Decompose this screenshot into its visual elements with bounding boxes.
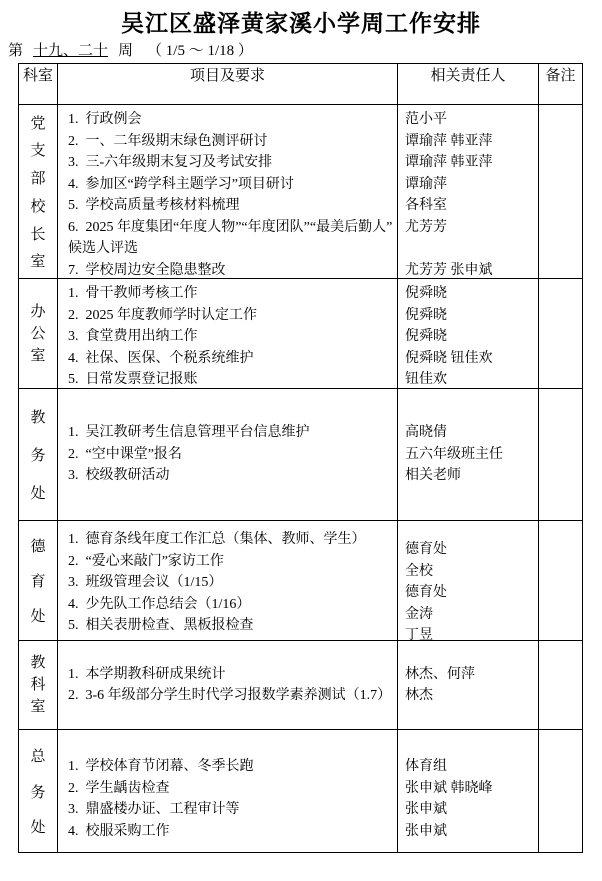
note-cell [539, 389, 583, 521]
table-row: 办公室1. 骨干教师考核工作2. 2025 年度教师学时认定工作3. 食堂费用出… [19, 279, 583, 389]
responsible-person: 谭瑜萍 韩亚萍 [398, 152, 538, 174]
responsible-person: 尤芳芳 [398, 217, 538, 239]
items-cell: 1. 行政例会2. 一、二年级期末绿色测评研讨3. 三-六年级期末复习及考试安排… [58, 105, 398, 279]
items-cell: 1. 德育条线年度工作汇总（集体、教师、学生）2. “爱心来敲门”家访工作3. … [58, 521, 398, 641]
department-label: 德育处 [19, 521, 57, 640]
responsible-person: 相关老师 [398, 465, 538, 487]
department-char: 室 [30, 345, 45, 367]
responsible-person: 全校 [398, 561, 538, 583]
department-char: 教 [30, 406, 45, 427]
schedule-table: 科室 项目及要求 相关责任人 备注 党支部校长室1. 行政例会2. 一、二年级期… [18, 63, 583, 853]
note-cell [539, 730, 583, 853]
department-char: 室 [30, 696, 45, 718]
task-item: 3. 三-六年级期末复习及考试安排 [58, 152, 397, 174]
department-char: 部 [30, 167, 45, 188]
task-item: 5. 学校高质量考核材料梳理 [58, 195, 397, 217]
responsible-person: 倪舜晓 [398, 305, 538, 327]
week-suffix: 周 [118, 43, 133, 59]
task-item: 3. 食堂费用出纳工作 [58, 326, 397, 348]
page-title: 吴江区盛泽黄家溪小学周工作安排 [0, 10, 602, 36]
department-char: 长 [30, 223, 45, 244]
header-department: 科室 [19, 64, 58, 105]
task-item: 2. 学生龋齿检查 [58, 778, 397, 800]
note-cell [539, 521, 583, 641]
department-char: 总 [30, 745, 45, 766]
responsible-person [398, 238, 538, 260]
task-item: 6. 2025 年度集团“年度人物”“年度团队”“最美后勤人” [58, 217, 397, 239]
department-char: 校 [30, 195, 45, 216]
task-item: 4. 校服采购工作 [58, 821, 397, 843]
department-cell: 总务处 [19, 730, 58, 853]
table-row: 教科室1. 本学期教科研成果统计2. 3-6 年级部分学生时代学习报数学素养测试… [19, 641, 583, 730]
responsible-person: 谭瑜萍 韩亚萍 [398, 131, 538, 153]
persons-cell: 倪舜晓倪舜晓倪舜晓倪舜晓 钮佳欢钮佳欢 [398, 279, 539, 389]
department-cell: 党支部校长室 [19, 105, 58, 279]
persons-cell: 林杰、何萍林杰 [398, 641, 539, 730]
responsible-person: 钮佳欢 [398, 369, 538, 388]
persons-cell: 体育组张申斌 韩晓峰张申斌张申斌 [398, 730, 539, 853]
department-cell: 教务处 [19, 389, 58, 521]
task-item: 1. 骨干教师考核工作 [58, 283, 397, 305]
responsible-person: 范小平 [398, 109, 538, 131]
items-cell: 1. 吴江教研考生信息管理平台信息维护2. “空中课堂”报名3. 校级教研活动 [58, 389, 398, 521]
week-date-range: （ 1/5 ～ 1/18 ） [147, 43, 253, 59]
task-item: 候选人评选 [58, 238, 397, 260]
persons-cell: 高晓倩五六年级班主任相关老师 [398, 389, 539, 521]
department-cell: 教科室 [19, 641, 58, 730]
week-number: 十九、二十 [23, 43, 118, 59]
department-char: 党 [30, 112, 45, 133]
department-cell: 德育处 [19, 521, 58, 641]
items-cell: 1. 骨干教师考核工作2. 2025 年度教师学时认定工作3. 食堂费用出纳工作… [58, 279, 398, 389]
responsible-person: 张申斌 [398, 799, 538, 821]
week-line: 第十九、二十周（ 1/5 ～ 1/18 ） [8, 43, 602, 60]
header-row: 科室 项目及要求 相关责任人 备注 [19, 64, 583, 105]
department-cell: 办公室 [19, 279, 58, 389]
responsible-person: 尤芳芳 张申斌 [398, 260, 538, 279]
responsible-person: 体育组 [398, 756, 538, 778]
task-item: 2. 3-6 年级部分学生时代学习报数学素养测试（1.7） [58, 685, 397, 707]
department-char: 务 [30, 781, 45, 802]
department-char: 务 [30, 444, 45, 465]
task-item: 1. 本学期教科研成果统计 [58, 664, 397, 686]
responsible-person: 林杰 [398, 685, 538, 707]
department-char: 处 [30, 605, 45, 626]
task-item: 5. 日常发票登记报账 [58, 369, 397, 388]
table-row: 教务处1. 吴江教研考生信息管理平台信息维护2. “空中课堂”报名3. 校级教研… [19, 389, 583, 521]
persons-cell: 德育处全校德育处金涛丁昱 [398, 521, 539, 641]
responsible-person: 倪舜晓 [398, 283, 538, 305]
department-char: 教 [30, 652, 45, 674]
department-char: 室 [30, 250, 45, 271]
table-row: 党支部校长室1. 行政例会2. 一、二年级期末绿色测评研讨3. 三-六年级期末复… [19, 105, 583, 279]
responsible-person: 各科室 [398, 195, 538, 217]
responsible-person: 德育处 [398, 539, 538, 561]
responsible-person: 高晓倩 [398, 422, 538, 444]
task-item: 4. 社保、医保、个税系统维护 [58, 348, 397, 370]
department-char: 办 [30, 301, 45, 323]
task-item: 1. 行政例会 [58, 109, 397, 131]
task-item: 1. 吴江教研考生信息管理平台信息维护 [58, 422, 397, 444]
table-row: 总务处1. 学校体育节闭幕、冬季长跑2. 学生龋齿检查3. 鼎盛楼办证、工程审计… [19, 730, 583, 853]
department-label: 办公室 [19, 279, 57, 388]
task-item: 7. 学校周边安全隐患整改 [58, 260, 397, 279]
department-char: 支 [30, 139, 45, 160]
responsible-person: 倪舜晓 钮佳欢 [398, 348, 538, 370]
task-item: 5. 相关表册检查、黑板报检查 [58, 615, 397, 637]
note-cell [539, 279, 583, 389]
responsible-person: 丁昱 [398, 625, 538, 640]
header-items: 项目及要求 [58, 64, 398, 105]
department-char: 科 [30, 674, 45, 696]
table-row: 德育处1. 德育条线年度工作汇总（集体、教师、学生）2. “爱心来敲门”家访工作… [19, 521, 583, 641]
header-persons: 相关责任人 [398, 64, 539, 105]
note-cell [539, 641, 583, 730]
department-label: 党支部校长室 [19, 105, 57, 278]
persons-cell: 范小平谭瑜萍 韩亚萍谭瑜萍 韩亚萍谭瑜萍各科室尤芳芳尤芳芳 张申斌 [398, 105, 539, 279]
responsible-person: 五六年级班主任 [398, 444, 538, 466]
week-prefix: 第 [8, 43, 23, 59]
responsible-person: 林杰、何萍 [398, 664, 538, 686]
responsible-person: 张申斌 韩晓峰 [398, 778, 538, 800]
header-note: 备注 [539, 64, 583, 105]
responsible-person: 张申斌 [398, 821, 538, 843]
department-char: 公 [30, 323, 45, 345]
task-item: 2. “空中课堂”报名 [58, 444, 397, 466]
department-char: 处 [30, 816, 45, 837]
responsible-person: 德育处 [398, 582, 538, 604]
department-label: 教务处 [19, 389, 57, 520]
responsible-person: 金涛 [398, 604, 538, 626]
document-page: { "title": "吴江区盛泽黄家溪小学周工作安排", "week": { … [0, 0, 602, 881]
task-item: 3. 鼎盛楼办证、工程审计等 [58, 799, 397, 821]
responsible-person: 谭瑜萍 [398, 174, 538, 196]
items-cell: 1. 学校体育节闭幕、冬季长跑2. 学生龋齿检查3. 鼎盛楼办证、工程审计等4.… [58, 730, 398, 853]
items-cell: 1. 本学期教科研成果统计2. 3-6 年级部分学生时代学习报数学素养测试（1.… [58, 641, 398, 730]
department-char: 育 [30, 570, 45, 591]
task-item: 3. 班级管理会议（1/15） [58, 572, 397, 594]
task-item: 2. 2025 年度教师学时认定工作 [58, 305, 397, 327]
task-item: 1. 学校体育节闭幕、冬季长跑 [58, 756, 397, 778]
task-item: 3. 校级教研活动 [58, 465, 397, 487]
note-cell [539, 105, 583, 279]
department-char: 处 [30, 482, 45, 503]
responsible-person: 倪舜晓 [398, 326, 538, 348]
task-item: 4. 参加区“跨学科主题学习”项目研讨 [58, 174, 397, 196]
department-label: 教科室 [19, 641, 57, 729]
department-char: 德 [30, 535, 45, 556]
task-item: 2. “爱心来敲门”家访工作 [58, 551, 397, 573]
department-label: 总务处 [19, 730, 57, 852]
task-item: 2. 一、二年级期末绿色测评研讨 [58, 131, 397, 153]
task-item: 1. 德育条线年度工作汇总（集体、教师、学生） [58, 529, 397, 551]
task-item: 4. 少先队工作总结会（1/16） [58, 594, 397, 616]
